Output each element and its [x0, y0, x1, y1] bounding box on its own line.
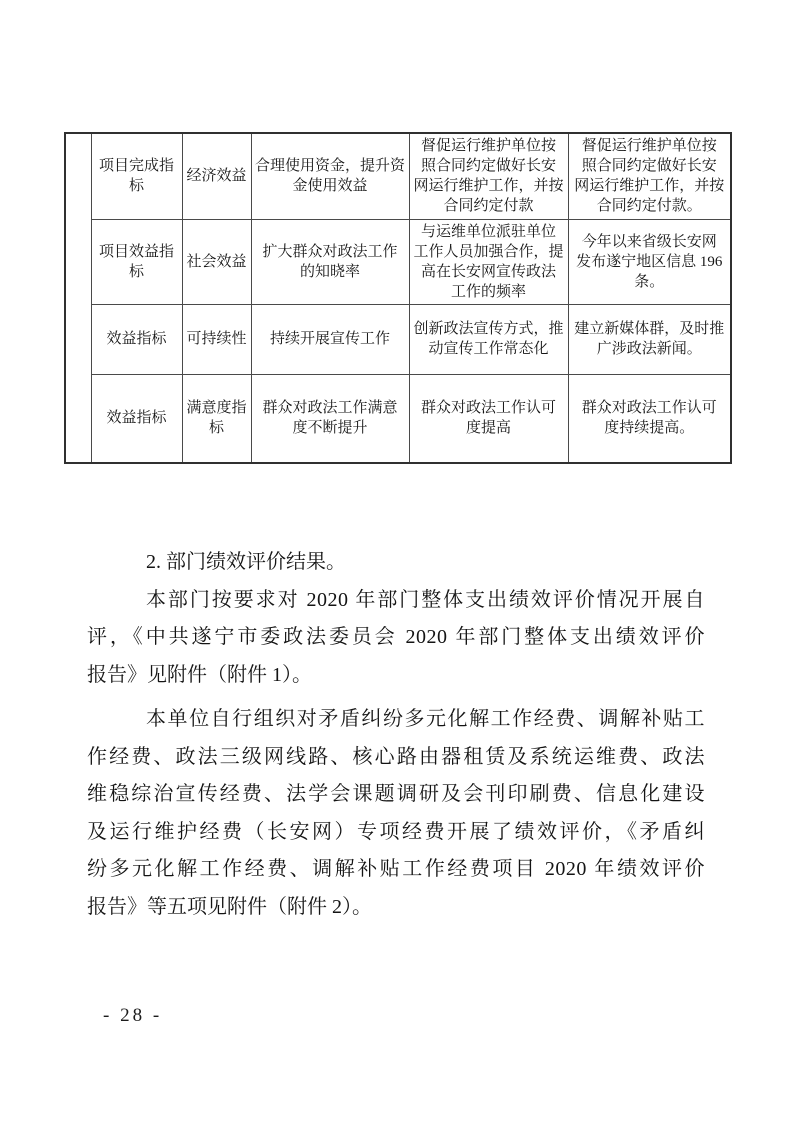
table-row: 项目效益指 标 社会效益 扩大群众对政法工作 的知晓率 与运维单位派驻单位 工作…	[65, 219, 731, 304]
table-row: 效益指标 可持续性 持续开展宣传工作 创新政法宣传方式，推 动宣传工作常态化 建…	[65, 304, 731, 374]
paragraph-2-line: 及运行维护经费（长安网）专项经费开展了绩效评价，《矛盾纠	[87, 814, 705, 852]
table-cell-indicator-type: 项目效益指 标	[91, 219, 182, 304]
document-page: 项目完成指 标 经济效益 合理使用资金，提升资 金使用效益 督促运行维护单位按 …	[0, 0, 793, 1122]
table-cell-actual-value: 群众对政法工作认可 度持续提高。	[568, 374, 731, 463]
paragraph-2-line: 本单位自行组织对矛盾纠纷多元化解工作经费、调解补贴工	[87, 701, 705, 739]
table-cell-target-value: 督促运行维护单位按 照合同约定做好长安 网运行维护工作，并按 合同约定付款	[409, 133, 568, 219]
paragraph-2-line: 维稳综治宣传经费、法学会课题调研及会刊印刷费、信息化建设	[87, 776, 705, 814]
table-cell-indicator-name: 持续开展宣传工作	[251, 304, 409, 374]
paragraph-2-line: 纷多元化解工作经费、调解补贴工作经费项目 2020 年绩效评价	[87, 851, 705, 889]
table-cell-indicator-name: 群众对政法工作满意 度不断提升	[251, 374, 409, 463]
table-cell-indicator-category: 满意度指 标	[182, 374, 251, 463]
paragraph-2-line: 报告》等五项见附件（附件 2）。	[87, 889, 705, 927]
paragraph-1-line: 评，《中共遂宁市委政法委员会 2020 年部门整体支出绩效评价	[87, 619, 705, 657]
table-cell-actual-value: 今年以来省级长安网 发布遂宁地区信息 196 条。	[568, 219, 731, 304]
body-text: 2. 部门绩效评价结果。 本部门按要求对 2020 年部门整体支出绩效评价情况开…	[87, 544, 705, 926]
table-cell-indicator-type: 效益指标	[91, 374, 182, 463]
table-cell-indicator-type: 项目完成指 标	[91, 133, 182, 219]
table-cell-indicator-category: 社会效益	[182, 219, 251, 304]
table-cell-target-value: 群众对政法工作认可 度提高	[409, 374, 568, 463]
table-cell-target-value: 创新政法宣传方式，推 动宣传工作常态化	[409, 304, 568, 374]
paragraph-2-line: 作经费、政法三级网线路、核心路由器租赁及系统运维费、政法	[87, 739, 705, 777]
page-number: - 28 -	[103, 1005, 162, 1027]
section-heading: 2. 部门绩效评价结果。	[87, 544, 705, 582]
table-cell-indicator-category: 经济效益	[182, 133, 251, 219]
paragraph-1-line: 报告》见附件（附件 1）。	[87, 657, 705, 695]
performance-indicators-table: 项目完成指 标 经济效益 合理使用资金，提升资 金使用效益 督促运行维护单位按 …	[64, 132, 732, 464]
table-cell-actual-value: 督促运行维护单位按 照合同约定做好长安 网运行维护工作，并按 合同约定付款。	[568, 133, 731, 219]
table-cell-empty-column	[65, 133, 91, 463]
paragraph-1-line: 本部门按要求对 2020 年部门整体支出绩效评价情况开展自	[87, 582, 705, 620]
table-row: 项目完成指 标 经济效益 合理使用资金，提升资 金使用效益 督促运行维护单位按 …	[65, 133, 731, 219]
table-cell-target-value: 与运维单位派驻单位 工作人员加强合作，提 高在长安网宣传政法 工作的频率	[409, 219, 568, 304]
table-cell-actual-value: 建立新媒体群，及时推 广涉政法新闻。	[568, 304, 731, 374]
table-cell-indicator-category: 可持续性	[182, 304, 251, 374]
table-cell-indicator-name: 扩大群众对政法工作 的知晓率	[251, 219, 409, 304]
table-cell-indicator-type: 效益指标	[91, 304, 182, 374]
table-row: 效益指标 满意度指 标 群众对政法工作满意 度不断提升 群众对政法工作认可 度提…	[65, 374, 731, 463]
table-cell-indicator-name: 合理使用资金，提升资 金使用效益	[251, 133, 409, 219]
